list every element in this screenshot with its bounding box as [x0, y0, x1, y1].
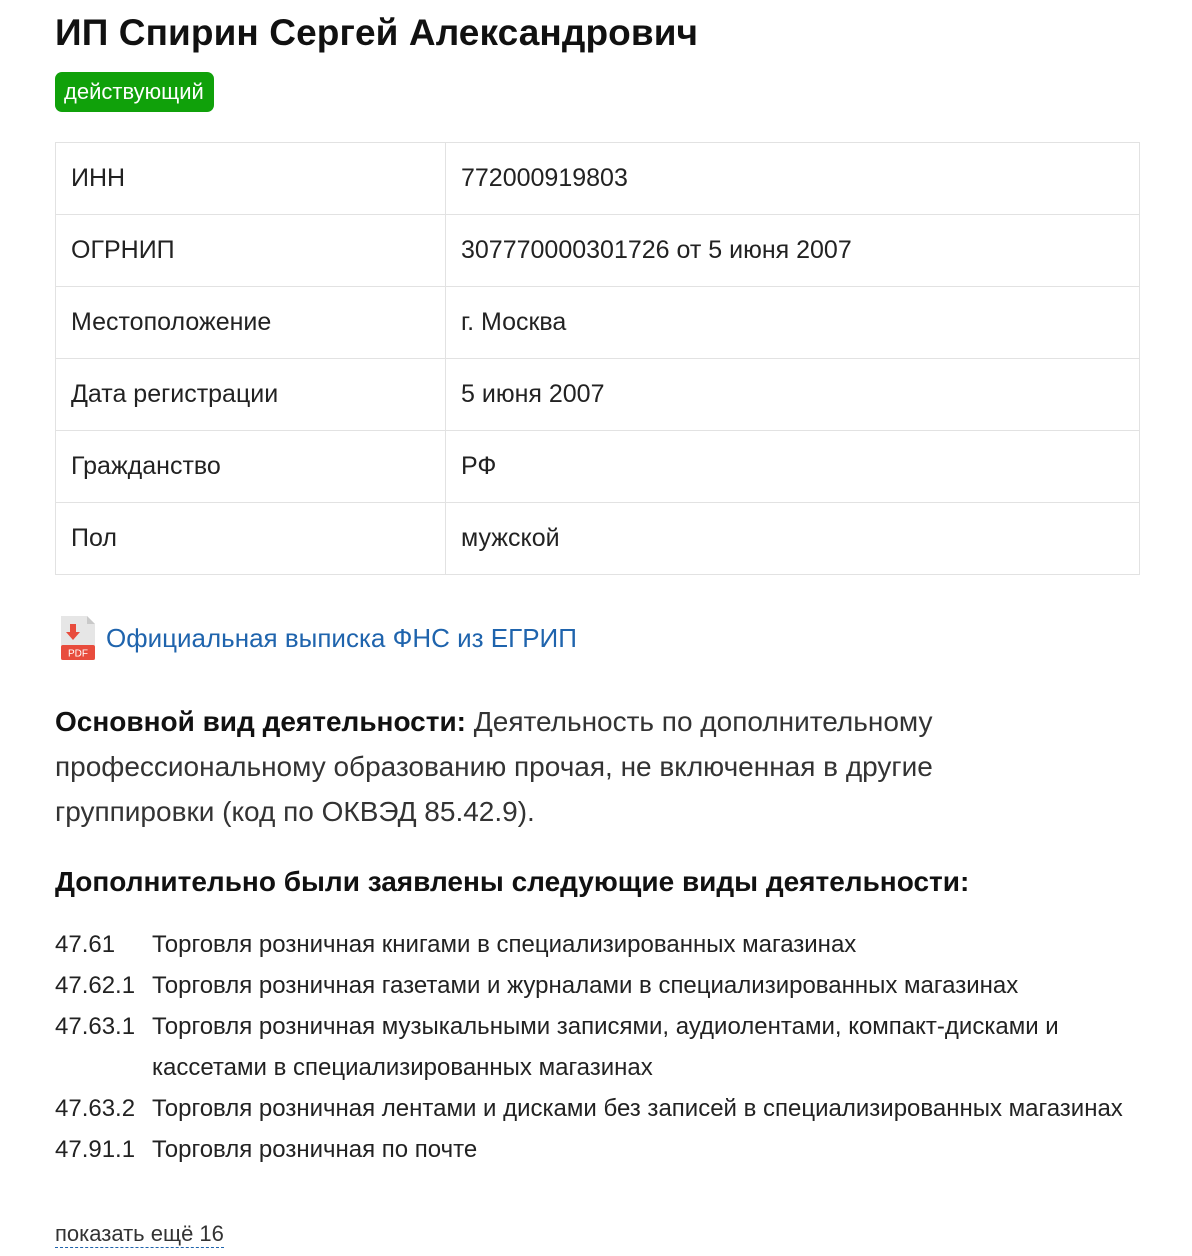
info-table: ИНН 772000919803 ОГРНИП 307770000301726 … — [55, 142, 1140, 575]
table-row: Дата регистрации 5 июня 2007 — [56, 359, 1140, 431]
main-activity-label: Основной вид деятельности: — [55, 706, 466, 737]
list-item: 47.62.1 Торговля розничная газетами и жу… — [55, 965, 1135, 1006]
info-value: 307770000301726 от 5 июня 2007 — [446, 215, 1140, 287]
okved-desc: Торговля розничная музыкальными записями… — [152, 1006, 1135, 1088]
info-key: Дата регистрации — [56, 359, 446, 431]
egrip-extract-link[interactable]: PDF Официальная выписка ФНС из ЕГРИП — [59, 614, 577, 662]
list-item: 47.63.1 Торговля розничная музыкальными … — [55, 1006, 1135, 1088]
okved-code: 47.62.1 — [55, 965, 152, 1006]
table-row: Пол мужской — [56, 503, 1140, 575]
list-item: 47.61 Торговля розничная книгами в специ… — [55, 924, 1135, 965]
table-row: ИНН 772000919803 — [56, 143, 1140, 215]
okved-code: 47.63.1 — [55, 1006, 152, 1088]
main-activity: Основной вид деятельности: Деятельность … — [55, 699, 1055, 834]
list-item: 47.91.1 Торговля розничная по почте — [55, 1129, 1135, 1170]
okved-code: 47.61 — [55, 924, 152, 965]
page-title: ИП Спирин Сергей Александрович — [55, 12, 698, 54]
info-value: 5 июня 2007 — [446, 359, 1140, 431]
info-key: Гражданство — [56, 431, 446, 503]
okved-desc: Торговля розничная лентами и дисками без… — [152, 1088, 1135, 1129]
info-value: г. Москва — [446, 287, 1140, 359]
egrip-extract-link-label[interactable]: Официальная выписка ФНС из ЕГРИП — [106, 623, 577, 654]
info-value: РФ — [446, 431, 1140, 503]
table-row: ОГРНИП 307770000301726 от 5 июня 2007 — [56, 215, 1140, 287]
table-row: Гражданство РФ — [56, 431, 1140, 503]
info-key: ИНН — [56, 143, 446, 215]
okved-desc: Торговля розничная газетами и журналами … — [152, 965, 1135, 1006]
okved-desc: Торговля розничная книгами в специализир… — [152, 924, 1135, 965]
additional-activities-list: 47.61 Торговля розничная книгами в специ… — [55, 924, 1135, 1170]
info-key: ОГРНИП — [56, 215, 446, 287]
additional-activities-heading: Дополнительно были заявлены следующие ви… — [55, 866, 969, 898]
list-item: 47.63.2 Торговля розничная лентами и дис… — [55, 1088, 1135, 1129]
info-value: мужской — [446, 503, 1140, 575]
status-badge: действующий — [55, 72, 214, 112]
table-row: Местоположение г. Москва — [56, 287, 1140, 359]
okved-desc: Торговля розничная по почте — [152, 1129, 1135, 1170]
okved-code: 47.91.1 — [55, 1129, 152, 1170]
info-value: 772000919803 — [446, 143, 1140, 215]
info-key: Пол — [56, 503, 446, 575]
show-more-link[interactable]: показать ещё 16 — [55, 1221, 224, 1248]
svg-text:PDF: PDF — [68, 649, 88, 660]
pdf-download-icon: PDF — [59, 614, 97, 662]
info-key: Местоположение — [56, 287, 446, 359]
okved-code: 47.63.2 — [55, 1088, 152, 1129]
